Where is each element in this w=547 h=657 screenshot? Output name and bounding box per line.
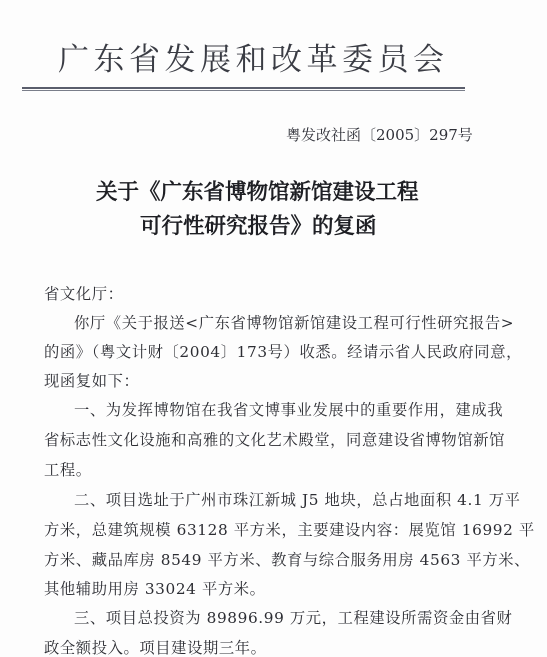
body-line: 的函》（粤文计财〔2004〕173号）收悉。经请示省人民政府同意， (44, 340, 522, 362)
letterhead-rule-thick (22, 87, 465, 89)
addressee: 省文化厅： (44, 282, 124, 304)
body-line: 省标志性文化设施和高雅的文化艺术殿堂，同意建设省博物馆新馆 (44, 428, 505, 450)
body-line: 现函复如下： (44, 369, 139, 391)
letterhead-rule-thin (22, 90, 465, 91)
body-line: 你厅《关于报送<广东省博物馆新馆建设工程可行性研究报告> (74, 311, 514, 333)
body-line: 一、为发挥博物馆在我省文博事业发展中的重要作用，建成我 (74, 398, 503, 420)
body-line: 方米、藏品库房 8549 平方米、教育与综合服务用房 4563 平方米、 (44, 548, 530, 570)
document-title-line-1: 关于《广东省博物馆新馆建设工程 (96, 175, 419, 206)
letterhead-title: 广东省发展和改革委员会 (58, 34, 449, 79)
body-line: 二、项目选址于广州市珠江新城 J5 地块，总占地面积 4.1 万平 (74, 488, 521, 510)
document-number: 粤发改社函〔2005〕297号 (286, 124, 473, 145)
body-line: 三、项目总投资为 89896.99 万元，工程建设所需资金由省财 (74, 606, 512, 628)
document-page: 广东省发展和改革委员会 粤发改社函〔2005〕297号 关于《广东省博物馆新馆建… (0, 0, 547, 657)
body-line: 方米，总建筑规模 63128 平方米，主要建设内容：展览馆 16992 平 (44, 518, 535, 540)
body-line: 其他辅助用房 33024 平方米。 (44, 577, 266, 599)
body-line: 政全额投入。项目建设期三年。 (44, 636, 267, 657)
document-title-line-2: 可行性研究报告》的复函 (140, 209, 377, 240)
body-line: 工程。 (44, 458, 92, 480)
